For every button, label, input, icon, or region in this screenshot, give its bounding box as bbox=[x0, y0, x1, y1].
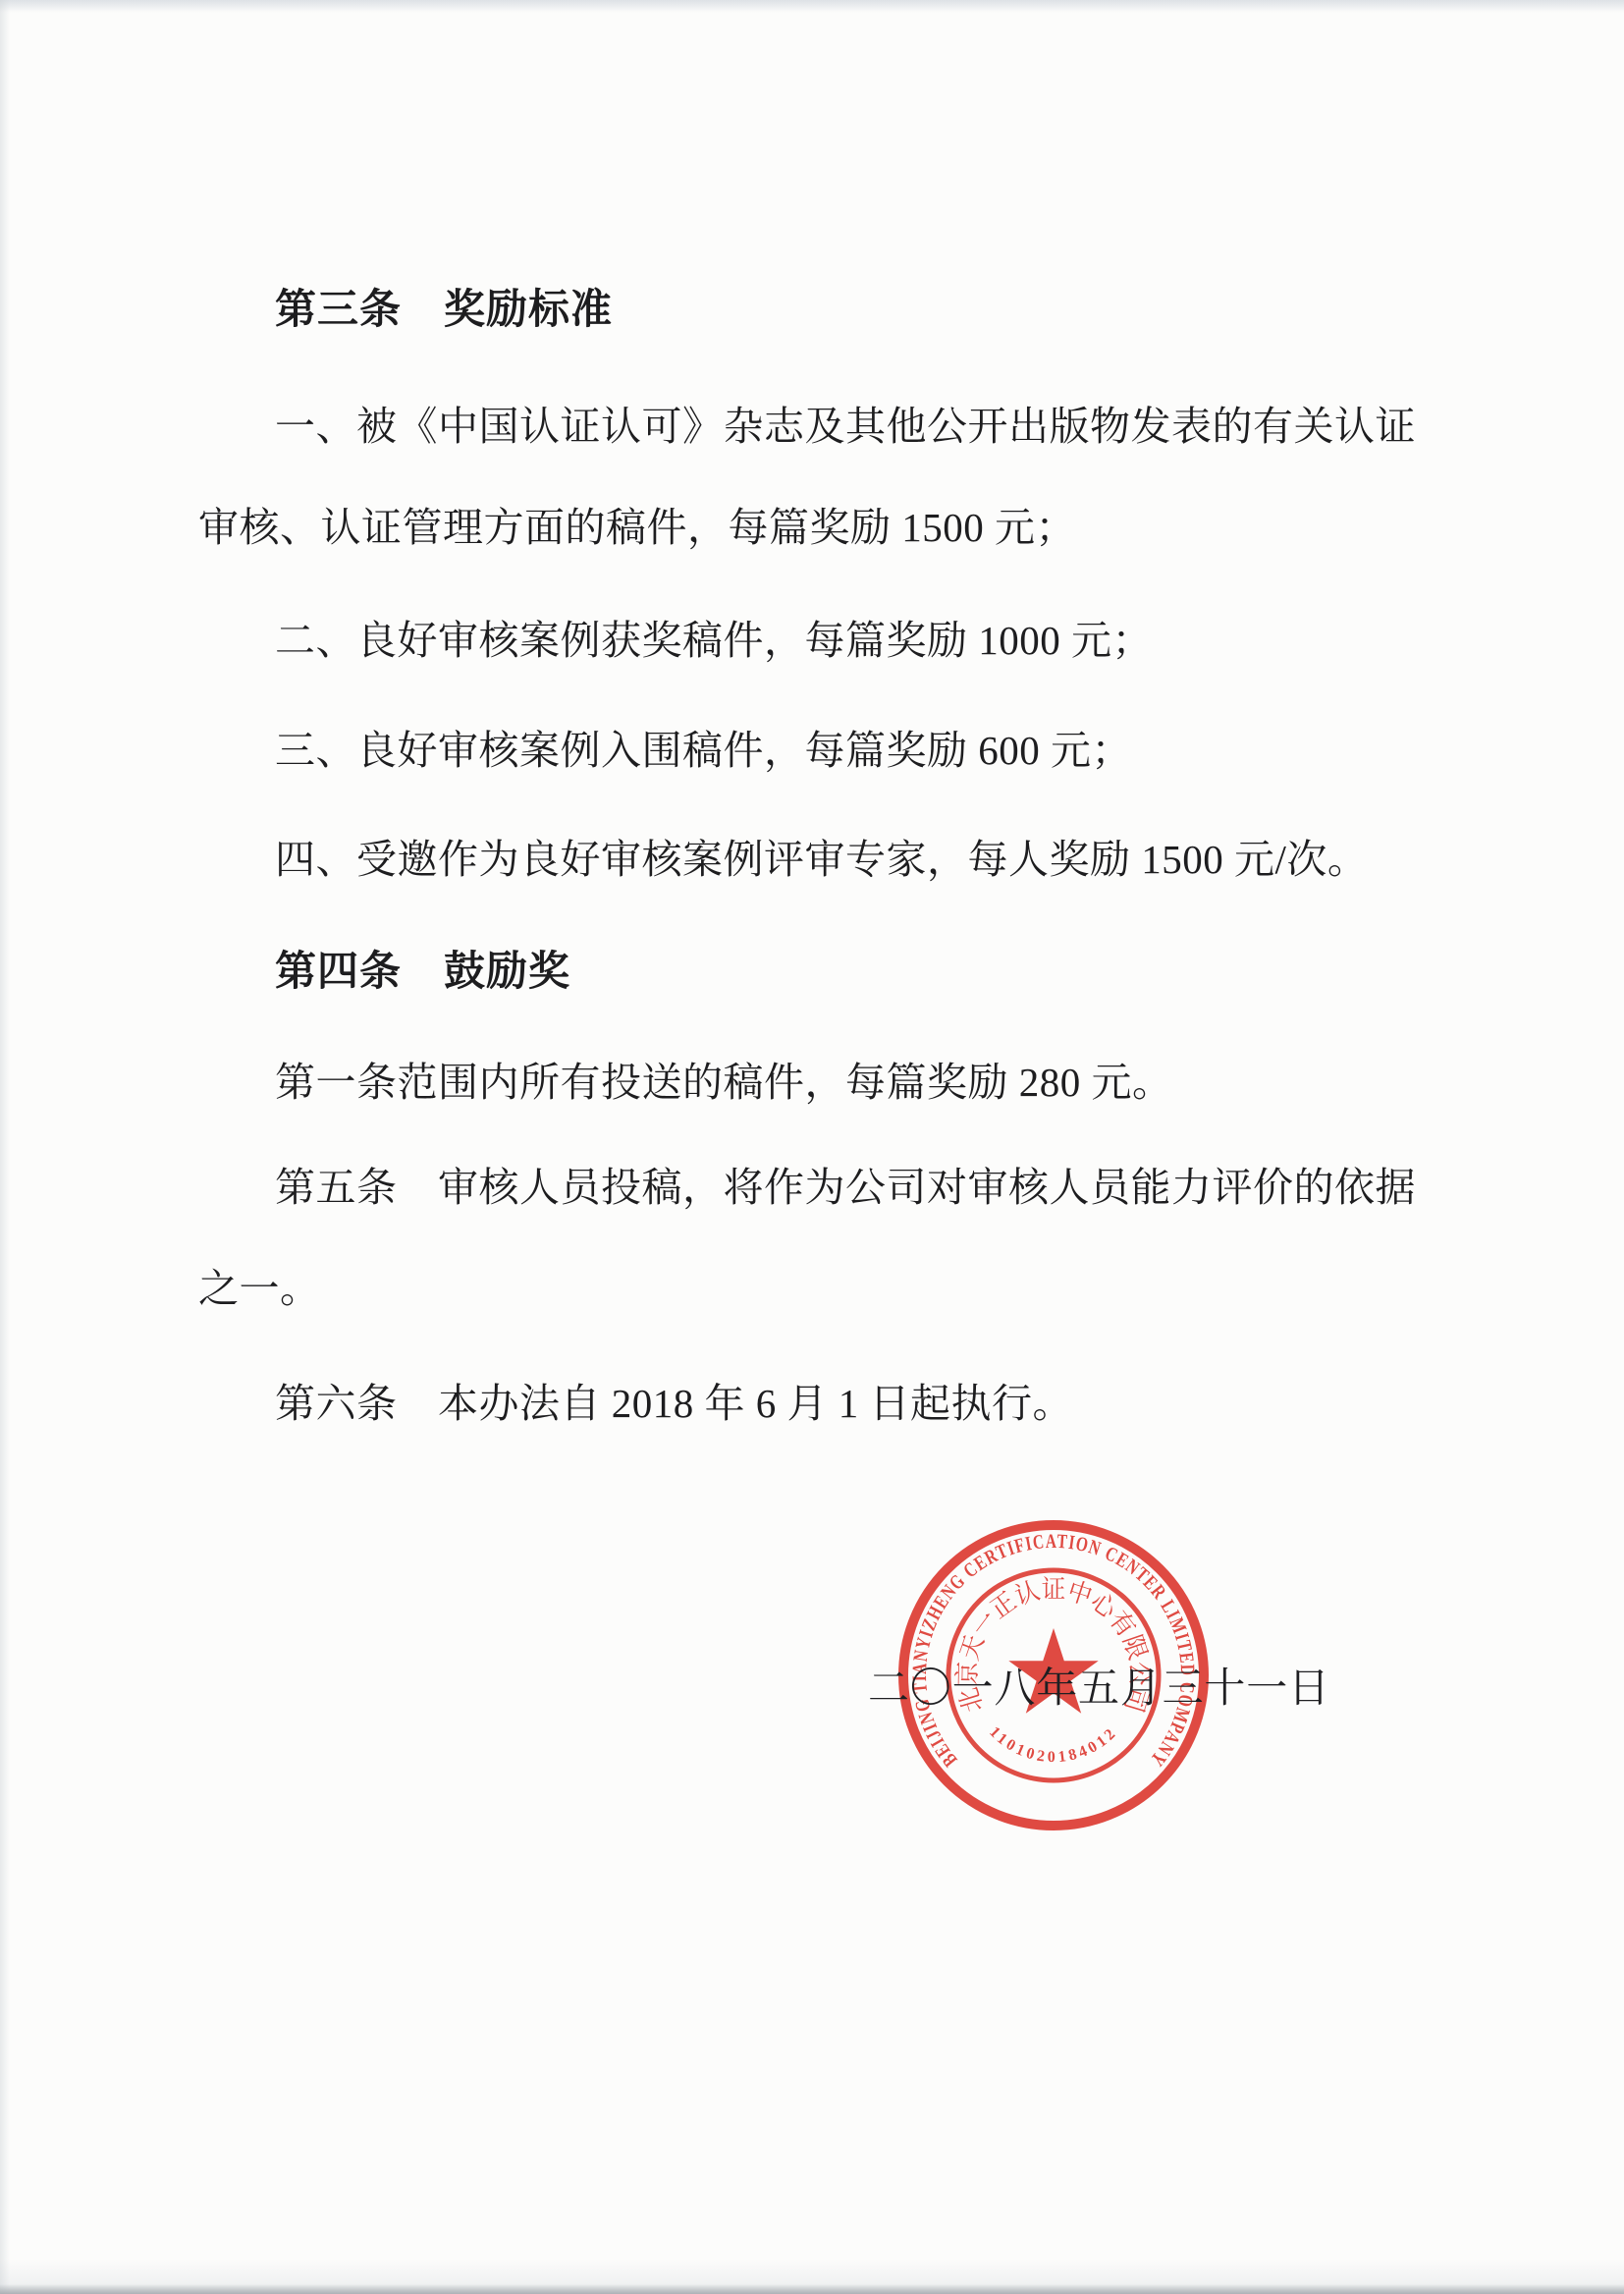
article-6-body: 第六条 本办法自 2018 年 6 月 1 日起执行。 bbox=[275, 1379, 1542, 1428]
article-5-line-1: 第五条 审核人员投稿，将作为公司对审核人员能力评价的依据 bbox=[275, 1163, 1542, 1212]
article-4-body: 第一条范围内所有投送的稿件，每篇奖励 280 元。 bbox=[275, 1058, 1542, 1107]
article-3-item-1-line-1: 一、被《中国认证认可》杂志及其他公开出版物发表的有关认证 bbox=[275, 402, 1542, 451]
article-3-item-2: 二、良好审核案例获奖稿件，每篇奖励 1000 元； bbox=[275, 616, 1542, 665]
article-3-item-1-line-2: 审核、认证管理方面的稿件，每篇奖励 1500 元； bbox=[198, 503, 1465, 552]
article-5-line-2: 之一。 bbox=[198, 1264, 1465, 1313]
article-3-item-3: 三、良好审核案例入围稿件，每篇奖励 600 元； bbox=[275, 726, 1542, 775]
article-3-heading: 第三条 奖励标准 bbox=[275, 286, 1542, 335]
article-3-item-4: 四、受邀作为良好审核案例评审专家，每人奖励 1500 元/次。 bbox=[275, 835, 1542, 884]
seal-serial-number: 1101020184012 bbox=[986, 1723, 1121, 1766]
article-4-heading: 第四条 鼓励奖 bbox=[275, 948, 1542, 997]
scan-edge-top bbox=[0, 0, 1624, 12]
scanned-document-page: 第三条 奖励标准 一、被《中国认证认可》杂志及其他公开出版物发表的有关认证 审核… bbox=[0, 0, 1624, 2294]
document-date: 二〇一八年五月三十一日 bbox=[868, 1656, 1330, 1715]
scan-edge-bottom bbox=[0, 2284, 1624, 2294]
scan-edge-left bbox=[0, 0, 10, 2294]
